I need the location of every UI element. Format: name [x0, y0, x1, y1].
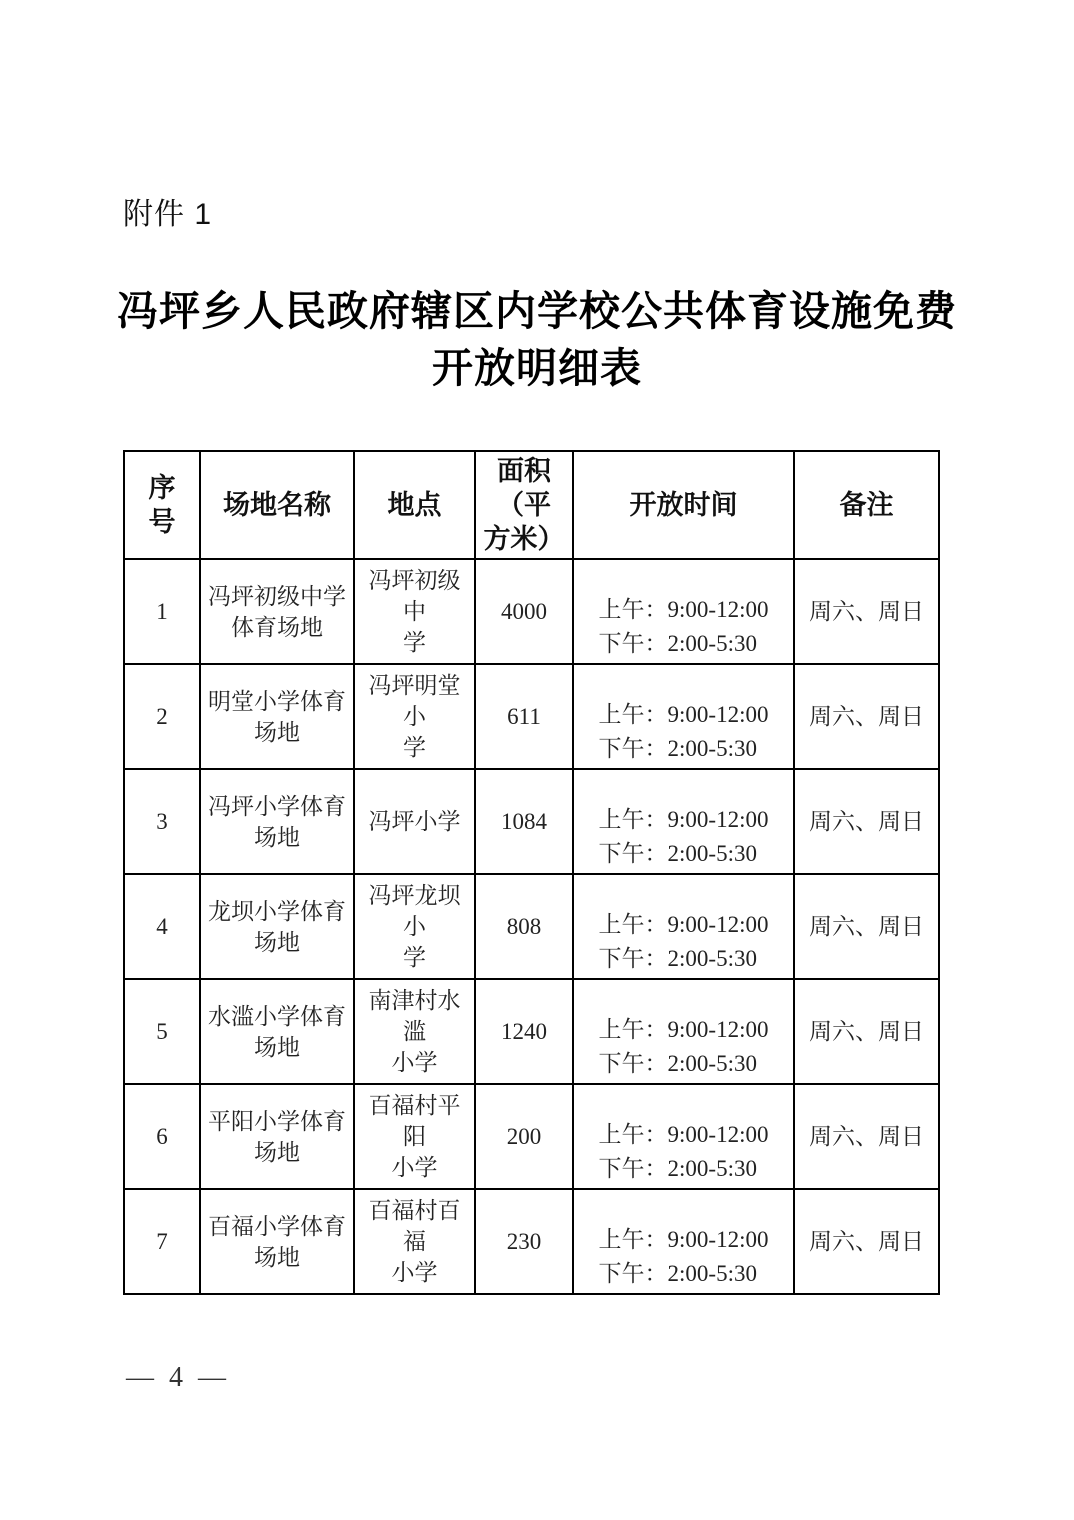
cell-location: 百福村百福 小学 [354, 1189, 475, 1294]
cell-remark: 周六、周日 [794, 1084, 939, 1189]
table-row: 6 平阳小学体育 场地 百福村平阳 小学 200 上午：9:00-12:00 下… [124, 1084, 939, 1189]
cell-open-hours: 上午：9:00-12:00 下午：2:00-5:30 [573, 769, 794, 874]
cell-open-hours: 上午：9:00-12:00 下午：2:00-5:30 [573, 874, 794, 979]
page-number: — 4 — [126, 1362, 230, 1394]
open-hours-text: 上午：9:00-12:00 下午：2:00-5:30 [599, 698, 769, 766]
header-area: 面积 （平 方米） [475, 451, 573, 559]
facilities-table: 序 号 场地名称 地点 面积 （平 方米） 开放时间 备注 1 冯坪初级中学 体… [123, 450, 940, 1295]
cell-index: 5 [124, 979, 200, 1084]
header-remark: 备注 [794, 451, 939, 559]
cell-site-name: 冯坪初级中学 体育场地 [200, 559, 354, 664]
cell-index: 4 [124, 874, 200, 979]
cell-site-name: 龙坝小学体育 场地 [200, 874, 354, 979]
table-header-row: 序 号 场地名称 地点 面积 （平 方米） 开放时间 备注 [124, 451, 939, 559]
header-site-name: 场地名称 [200, 451, 354, 559]
cell-location: 百福村平阳 小学 [354, 1084, 475, 1189]
cell-site-name: 冯坪小学体育 场地 [200, 769, 354, 874]
cell-site-name: 明堂小学体育 场地 [200, 664, 354, 769]
open-hours-text: 上午：9:00-12:00 下午：2:00-5:30 [599, 803, 769, 871]
cell-remark: 周六、周日 [794, 769, 939, 874]
table-row: 5 水滥小学体育 场地 南津村水滥 小学 1240 上午：9:00-12:00 … [124, 979, 939, 1084]
table-row: 4 龙坝小学体育 场地 冯坪龙坝小 学 808 上午：9:00-12:00 下午… [124, 874, 939, 979]
document-title-line2: 开放明细表 [0, 340, 1074, 397]
cell-index: 6 [124, 1084, 200, 1189]
cell-area: 808 [475, 874, 573, 979]
cell-remark: 周六、周日 [794, 1189, 939, 1294]
header-location: 地点 [354, 451, 475, 559]
cell-remark: 周六、周日 [794, 979, 939, 1084]
document-title: 冯坪乡人民政府辖区内学校公共体育设施免费 开放明细表 [0, 283, 1074, 397]
cell-area: 1240 [475, 979, 573, 1084]
cell-area: 230 [475, 1189, 573, 1294]
cell-open-hours: 上午：9:00-12:00 下午：2:00-5:30 [573, 1084, 794, 1189]
table-row: 3 冯坪小学体育 场地 冯坪小学 1084 上午：9:00-12:00 下午：2… [124, 769, 939, 874]
cell-area: 4000 [475, 559, 573, 664]
cell-site-name: 平阳小学体育 场地 [200, 1084, 354, 1189]
table-row: 7 百福小学体育 场地 百福村百福 小学 230 上午：9:00-12:00 下… [124, 1189, 939, 1294]
cell-location: 冯坪龙坝小 学 [354, 874, 475, 979]
cell-open-hours: 上午：9:00-12:00 下午：2:00-5:30 [573, 664, 794, 769]
cell-open-hours: 上午：9:00-12:00 下午：2:00-5:30 [573, 1189, 794, 1294]
cell-area: 200 [475, 1084, 573, 1189]
open-hours-text: 上午：9:00-12:00 下午：2:00-5:30 [599, 1013, 769, 1081]
cell-area: 611 [475, 664, 573, 769]
cell-remark: 周六、周日 [794, 559, 939, 664]
open-hours-text: 上午：9:00-12:00 下午：2:00-5:30 [599, 593, 769, 661]
document-title-line1: 冯坪乡人民政府辖区内学校公共体育设施免费 [0, 283, 1074, 340]
cell-remark: 周六、周日 [794, 664, 939, 769]
table-row: 1 冯坪初级中学 体育场地 冯坪初级中 学 4000 上午：9:00-12:00… [124, 559, 939, 664]
cell-open-hours: 上午：9:00-12:00 下午：2:00-5:30 [573, 979, 794, 1084]
cell-index: 1 [124, 559, 200, 664]
table-row: 2 明堂小学体育 场地 冯坪明堂小 学 611 上午：9:00-12:00 下午… [124, 664, 939, 769]
cell-location: 南津村水滥 小学 [354, 979, 475, 1084]
cell-remark: 周六、周日 [794, 874, 939, 979]
cell-index: 7 [124, 1189, 200, 1294]
open-hours-text: 上午：9:00-12:00 下午：2:00-5:30 [599, 1223, 769, 1291]
cell-location: 冯坪小学 [354, 769, 475, 874]
cell-location: 冯坪初级中 学 [354, 559, 475, 664]
cell-index: 3 [124, 769, 200, 874]
header-open-hours: 开放时间 [573, 451, 794, 559]
facilities-table-wrap: 序 号 场地名称 地点 面积 （平 方米） 开放时间 备注 1 冯坪初级中学 体… [123, 450, 940, 1295]
cell-site-name: 百福小学体育 场地 [200, 1189, 354, 1294]
open-hours-text: 上午：9:00-12:00 下午：2:00-5:30 [599, 908, 769, 976]
cell-area: 1084 [475, 769, 573, 874]
cell-open-hours: 上午：9:00-12:00 下午：2:00-5:30 [573, 559, 794, 664]
cell-location: 冯坪明堂小 学 [354, 664, 475, 769]
cell-index: 2 [124, 664, 200, 769]
cell-site-name: 水滥小学体育 场地 [200, 979, 354, 1084]
header-index: 序 号 [124, 451, 200, 559]
open-hours-text: 上午：9:00-12:00 下午：2:00-5:30 [599, 1118, 769, 1186]
attachment-label: 附件 1 [123, 189, 212, 233]
document-page: 附件 1 冯坪乡人民政府辖区内学校公共体育设施免费 开放明细表 序 号 场地名称… [0, 0, 1074, 1520]
